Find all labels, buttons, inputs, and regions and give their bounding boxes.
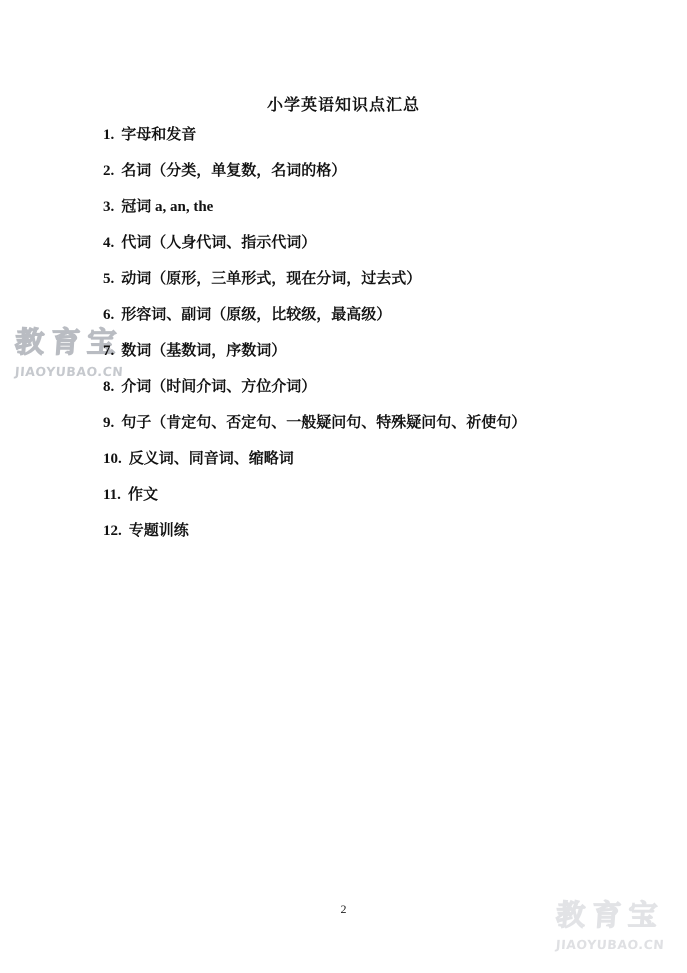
item-text: 冠词 a, an, the [121, 199, 213, 216]
list-item: 12. 专题训练 [103, 523, 647, 559]
list-item: 2. 名词（分类，单复数，名词的格） [103, 163, 647, 199]
item-number: 9. [103, 415, 114, 432]
item-text: 名词（分类，单复数，名词的格） [121, 163, 346, 180]
list-item: 1. 字母和发音 [103, 127, 647, 163]
item-text: 句子（肯定句、否定句、一般疑问句、特殊疑问句、祈使句） [121, 415, 526, 432]
document-page: 教育宝 JIAOYUBAO.CN 小学英语知识点汇总 1. 字母和发音 2. 名… [0, 0, 687, 973]
list-item: 9. 句子（肯定句、否定句、一般疑问句、特殊疑问句、祈使句） [103, 415, 647, 451]
list-item: 10. 反义词、同音词、缩略词 [103, 451, 647, 487]
item-text: 专题训练 [129, 523, 189, 540]
page-title: 小学英语知识点汇总 [0, 92, 687, 115]
item-text: 反义词、同音词、缩略词 [129, 451, 294, 468]
jiaoyubao-site-text: JIAOYUBAO.CN [555, 937, 664, 952]
item-number: 10. [103, 451, 122, 468]
item-number: 7. [103, 343, 114, 360]
knowledge-point-list: 1. 字母和发音 2. 名词（分类，单复数，名词的格） 3. 冠词 a, an,… [103, 127, 647, 559]
item-number: 2. [103, 163, 114, 180]
item-number: 1. [103, 127, 114, 144]
item-number: 8. [103, 379, 114, 396]
list-item: 7. 数词（基数词，序数词） [103, 343, 647, 379]
item-number: 11. [103, 487, 121, 504]
item-text: 形容词、副词（原级，比较级，最高级） [121, 307, 391, 324]
list-item: 11. 作文 [103, 487, 647, 523]
item-number: 6. [103, 307, 114, 324]
item-text: 字母和发音 [121, 127, 196, 144]
item-number: 5. [103, 271, 114, 288]
item-number: 4. [103, 235, 114, 252]
item-text: 介词（时间介词、方位介词） [121, 379, 316, 396]
list-item: 8. 介词（时间介词、方位介词） [103, 379, 647, 415]
item-text: 动词（原形，三单形式，现在分词，过去式） [121, 271, 421, 288]
list-item: 4. 代词（人身代词、指示代词） [103, 235, 647, 271]
item-text: 代词（人身代词、指示代词） [121, 235, 316, 252]
page-number: 2 [0, 902, 687, 917]
list-item: 6. 形容词、副词（原级，比较级，最高级） [103, 307, 647, 343]
list-item: 5. 动词（原形，三单形式，现在分词，过去式） [103, 271, 647, 307]
list-item: 3. 冠词 a, an, the [103, 199, 647, 235]
item-number: 3. [103, 199, 114, 216]
item-text: 数词（基数词，序数词） [121, 343, 286, 360]
item-number: 12. [103, 523, 122, 540]
item-text: 作文 [128, 487, 158, 504]
